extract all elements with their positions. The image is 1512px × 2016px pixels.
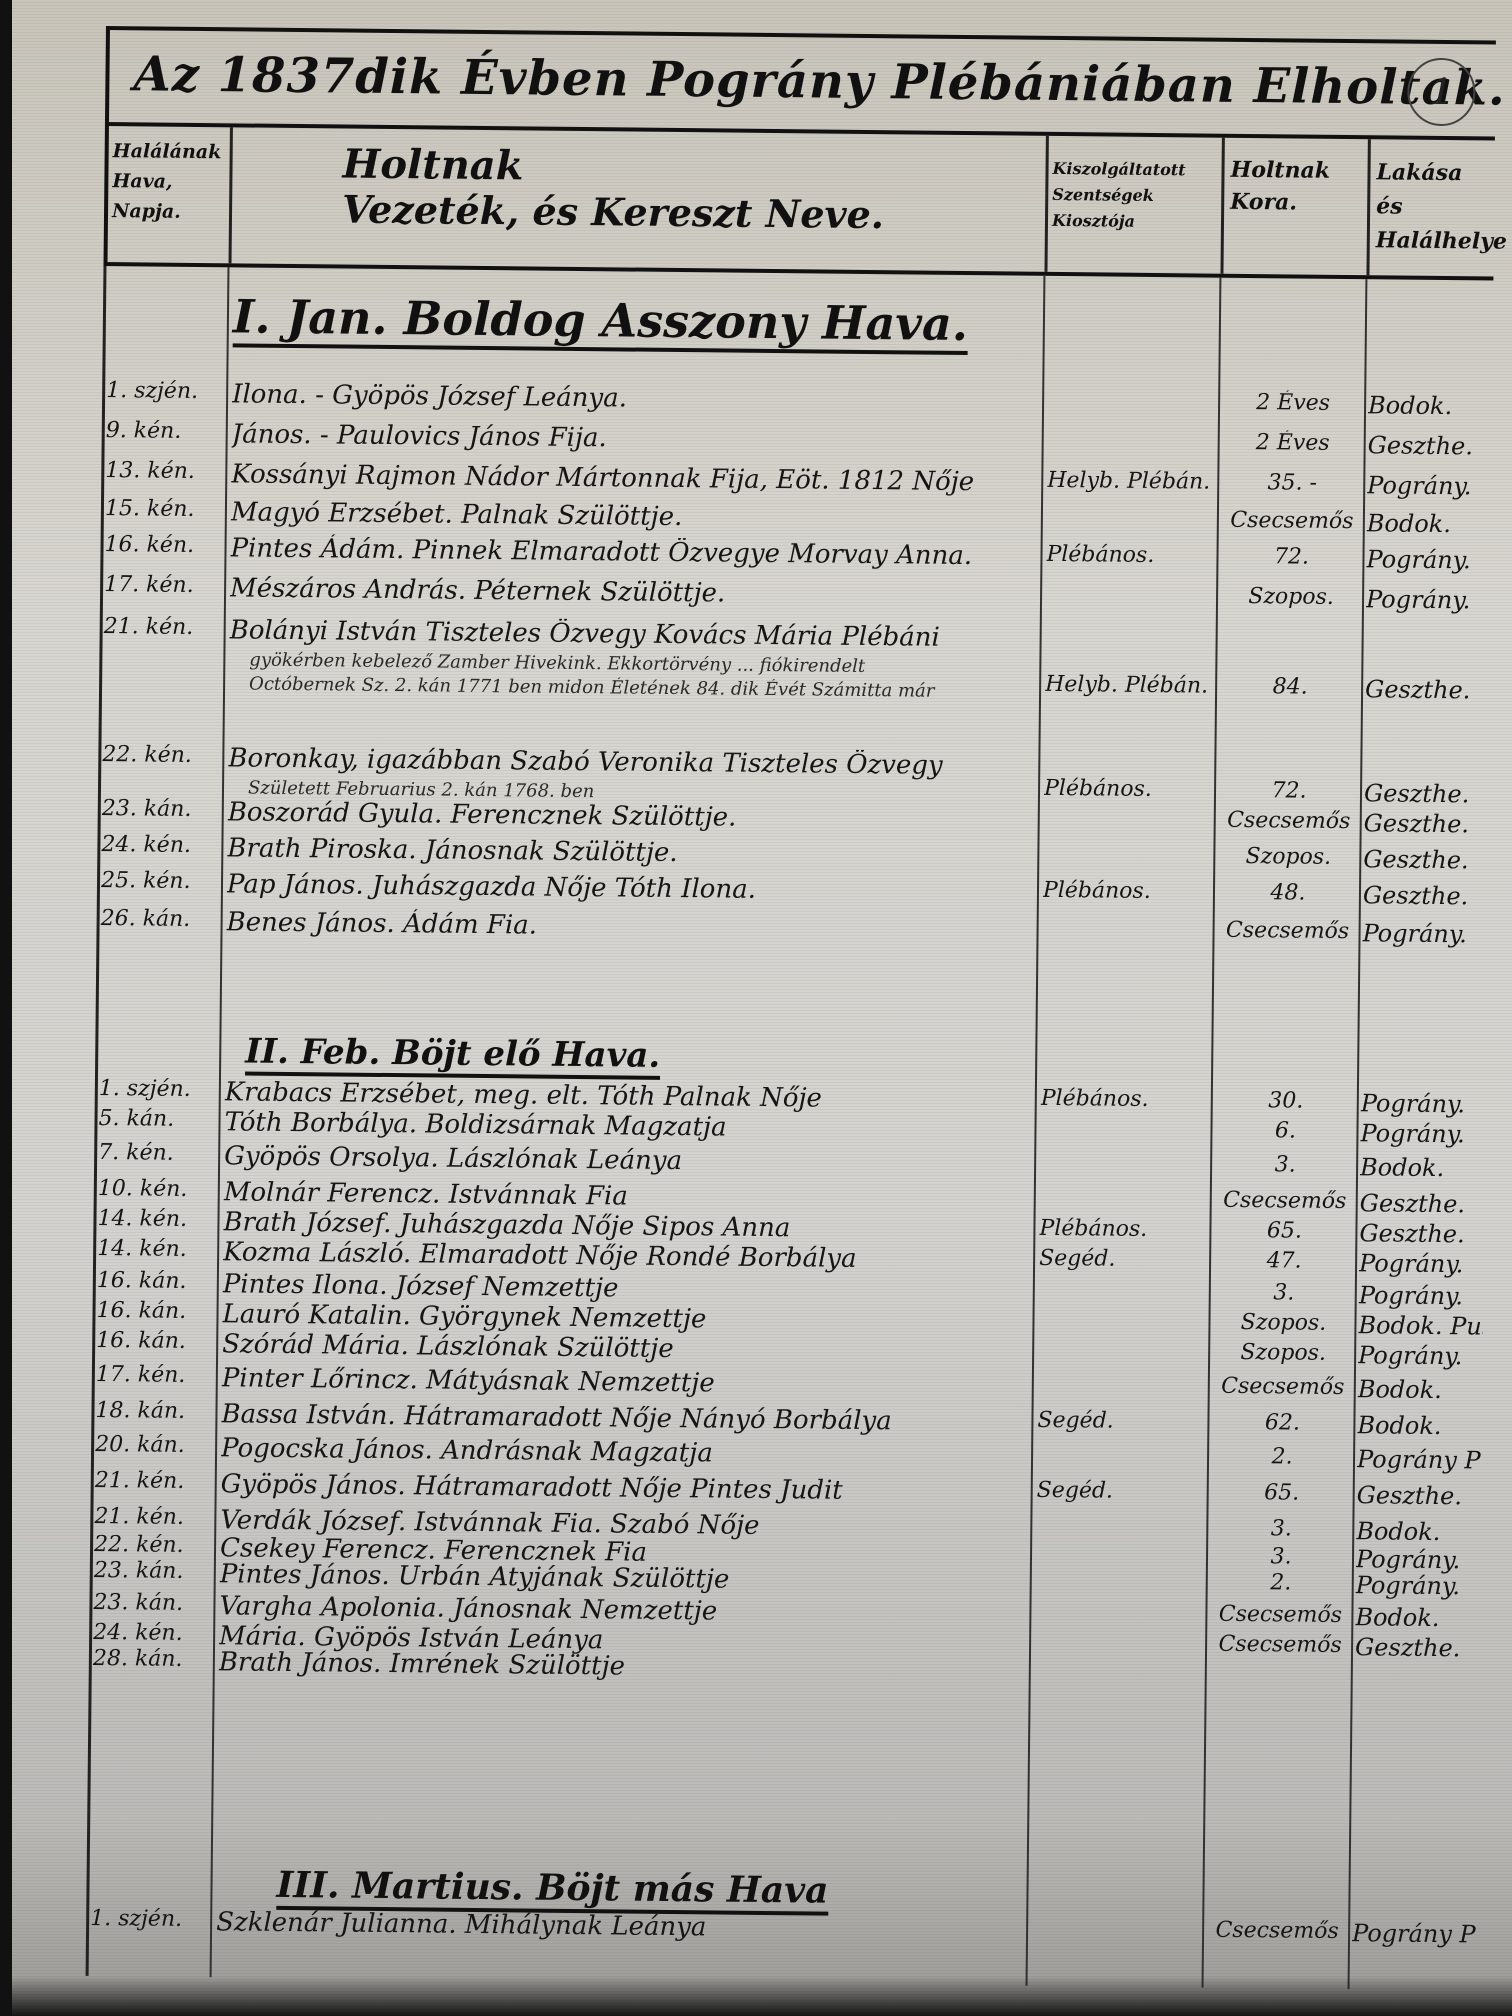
entry-date: 16. kán.	[96, 1328, 216, 1354]
entry-age: 62.	[1213, 1410, 1351, 1436]
entry-sacraments: Helyb. Plébán.	[1047, 468, 1215, 495]
entry-age: Csecsemős	[1218, 918, 1356, 944]
header-name-line: Vezeték, és Kereszt Neve.	[342, 186, 1045, 239]
entry-place: Bodok.	[1360, 1153, 1484, 1182]
header-name-line: Holtnak	[342, 142, 1045, 193]
entry-date: 16. kén.	[104, 532, 224, 558]
entry-date: 15. kén.	[105, 496, 225, 522]
entry-place: Bodok.	[1367, 509, 1491, 538]
header-age: Holtnak Kora.	[1223, 138, 1370, 276]
entry-age: Szopos.	[1214, 1310, 1352, 1336]
entry-place: Pográny Puszta	[1352, 1919, 1476, 1948]
entry-age: Szopos.	[1222, 584, 1360, 610]
entry-place: Bodok.	[1368, 391, 1492, 420]
entry-sacraments: Helyb. Plébán.	[1045, 672, 1213, 699]
entry-sacraments: Plébános.	[1043, 878, 1211, 905]
entry-age: 6.	[1216, 1118, 1354, 1144]
entry-place: Pográny.	[1356, 1545, 1480, 1574]
entry-date: 28. kán.	[93, 1646, 213, 1672]
entry-place: Geszthe.	[1360, 1189, 1484, 1218]
entry-sacraments: Segéd.	[1037, 1478, 1205, 1505]
entry-age: Csecsemős	[1216, 1188, 1354, 1214]
entry-date: 22. kén.	[102, 742, 222, 768]
monitor-bezel	[0, 0, 12, 2016]
entry-age: 72.	[1220, 778, 1358, 804]
entry-age: Csecsemős	[1211, 1632, 1349, 1658]
entry-sacraments: Plébános.	[1046, 542, 1214, 569]
entry-place: Pográny.	[1360, 1119, 1484, 1148]
entry-place: Bodok. Puszta	[1358, 1311, 1482, 1340]
entry-place: Geszthe.	[1359, 1219, 1483, 1248]
header-place-line: Halálhelye	[1376, 223, 1492, 258]
entry-age: 30.	[1217, 1088, 1355, 1114]
entry-place: Geszthe.	[1364, 809, 1488, 838]
entry-place: Geszthe.	[1355, 1633, 1479, 1662]
entry-place: Geszthe.	[1357, 1481, 1481, 1510]
entry-age: 3.	[1212, 1516, 1350, 1542]
entry-date: 17. kén.	[104, 572, 224, 598]
entry-age: 2.	[1213, 1444, 1351, 1470]
entry-age: 72.	[1222, 544, 1360, 570]
month-heading-march: III. Martius. Böjt más Hava	[276, 1864, 828, 1916]
page-title: Az 1837dik Évben Pográny Plébániában Elh…	[133, 46, 1506, 116]
entry-date: 26. kán.	[101, 906, 221, 932]
entry-age: 2.	[1212, 1570, 1350, 1596]
header-date: Halálának Hava, Napja.	[108, 126, 233, 263]
entry-place: Pográny.	[1366, 585, 1490, 614]
entry-place: Pográny.	[1356, 1571, 1480, 1600]
entry-age: Szopos.	[1214, 1340, 1352, 1366]
entry-age: 2 Éves	[1224, 390, 1362, 416]
entry-place: Bodok.	[1356, 1517, 1480, 1546]
monitor-screen: Az 1837dik Évben Pográny Plébániában Elh…	[0, 0, 1512, 2016]
entry-date: 14. kén.	[97, 1236, 217, 1262]
entry-place: Geszthe.	[1363, 881, 1487, 910]
header-name: Holtnak Vezeték, és Kereszt Neve.	[232, 127, 1049, 272]
header-sacr-line: Kiszolgáltatott	[1052, 156, 1217, 184]
entry-place: Pográny.	[1359, 1249, 1483, 1278]
entry-date: 1. szjén.	[90, 1906, 210, 1932]
column-header-row: Halálának Hava, Napja. Holtnak Vezeték, …	[103, 126, 1494, 281]
entry-place: Geszthe.	[1368, 431, 1492, 460]
entry-place: Pográny.	[1358, 1341, 1482, 1370]
header-age-line: Holtnak	[1230, 154, 1361, 187]
header-age-line: Kora.	[1230, 186, 1361, 219]
header-place-line: és	[1376, 189, 1492, 224]
entry-age: 47.	[1215, 1248, 1353, 1274]
entry-sacraments: Plébános.	[1039, 1216, 1207, 1243]
entry-age: 84.	[1221, 674, 1359, 700]
entry-date: 21. kén.	[95, 1468, 215, 1494]
entry-sacraments: Plébános.	[1044, 776, 1212, 803]
entry-place: Pográny.	[1361, 1089, 1485, 1118]
entry-date: 17. kén.	[96, 1362, 216, 1388]
entry-date: 23. kán.	[93, 1590, 213, 1616]
entry-age: Szopos.	[1219, 844, 1357, 870]
entry-age: 3.	[1215, 1280, 1353, 1306]
entry-date: 9. kén.	[106, 418, 226, 444]
entry-age: Csecsemős	[1211, 1602, 1349, 1628]
entry-age: Csecsemős	[1223, 508, 1361, 534]
entry-place: Bodok.	[1358, 1375, 1482, 1404]
entry-date: 5. kán.	[98, 1106, 218, 1132]
header-place: Lakása és Halálhelye	[1369, 139, 1498, 276]
entry-date: 1. szjén.	[99, 1076, 219, 1102]
header-date-line: Halálának	[113, 136, 226, 167]
entry-date: 1. szjén.	[106, 378, 226, 404]
entry-age: 2 Éves	[1224, 430, 1362, 456]
title-row: Az 1837dik Évben Pográny Plébániában Elh…	[105, 26, 1496, 141]
entry-age: 65.	[1213, 1480, 1351, 1506]
entry-age: 3.	[1212, 1544, 1350, 1570]
entry-place: Pográny.	[1367, 471, 1491, 500]
page-number-badge: 1	[1407, 58, 1476, 127]
header-date-line: Hava,	[112, 166, 225, 197]
entry-age: 3.	[1216, 1152, 1354, 1178]
entry-age: Csecsemős	[1214, 1374, 1352, 1400]
register-page: Az 1837dik Évben Pográny Plébániában Elh…	[85, 26, 1495, 2000]
entry-place: Bodok.	[1357, 1411, 1481, 1440]
entry-date: 10. kén.	[98, 1176, 218, 1202]
month-heading-february: II. Feb. Böjt elő Hava.	[245, 1032, 660, 1080]
entry-date: 16. kán.	[97, 1268, 217, 1294]
entry-age: Csecsemős	[1220, 808, 1358, 834]
entry-place: Geszthe.	[1364, 779, 1488, 808]
entry-date: 16. kán.	[96, 1298, 216, 1324]
entry-date: 18. kán.	[95, 1398, 215, 1424]
entry-date: 24. kén.	[93, 1620, 213, 1646]
entry-date: 24. kén.	[101, 832, 221, 858]
entry-date: 14. kén.	[97, 1206, 217, 1232]
entry-place: Pográny.	[1362, 919, 1486, 948]
entry-place: Geszthe.	[1365, 675, 1489, 704]
entry-age: 65.	[1215, 1218, 1353, 1244]
entry-place: Geszthe.	[1363, 845, 1487, 874]
entry-date: 22. kén.	[94, 1532, 214, 1558]
entry-place: Bodok.	[1355, 1603, 1479, 1632]
screen-bottom-shadow	[0, 1976, 1512, 2016]
entry-date: 13. kén.	[105, 458, 225, 484]
entry-date: 23. kán.	[102, 796, 222, 822]
entry-date: 21. kén.	[94, 1504, 214, 1530]
entry-date: 23. kán.	[94, 1558, 214, 1584]
header-sacraments: Kiszolgáltatott Szentségek Kiosztója	[1047, 136, 1224, 274]
entry-age: 48.	[1219, 880, 1357, 906]
entry-place: Pográny.	[1359, 1281, 1483, 1310]
entry-date: 20. kán.	[95, 1432, 215, 1458]
header-sacr-line: Kiosztója	[1052, 208, 1217, 236]
month-heading-january: I. Jan. Boldog Asszony Hava.	[233, 289, 969, 355]
entry-sacraments: Plébános.	[1041, 1086, 1209, 1113]
entry-date: 25. kén.	[101, 868, 221, 894]
entry-age: Csecsemős	[1208, 1918, 1346, 1944]
entry-age: 35. -	[1223, 470, 1361, 496]
entry-date: 7. kén.	[98, 1140, 218, 1166]
header-date-line: Napja.	[112, 196, 225, 227]
header-place-line: Lakása	[1376, 155, 1492, 190]
entry-place	[1355, 1659, 1479, 1660]
entry-place: Pográny Puszta	[1357, 1445, 1481, 1474]
entry-sacraments: Segéd.	[1037, 1408, 1205, 1435]
entry-date: 21. kén.	[104, 614, 224, 640]
header-sacr-line: Szentségek	[1052, 182, 1217, 210]
entry-sacraments: Segéd.	[1039, 1246, 1207, 1273]
entry-place: Pográny.	[1366, 545, 1490, 574]
